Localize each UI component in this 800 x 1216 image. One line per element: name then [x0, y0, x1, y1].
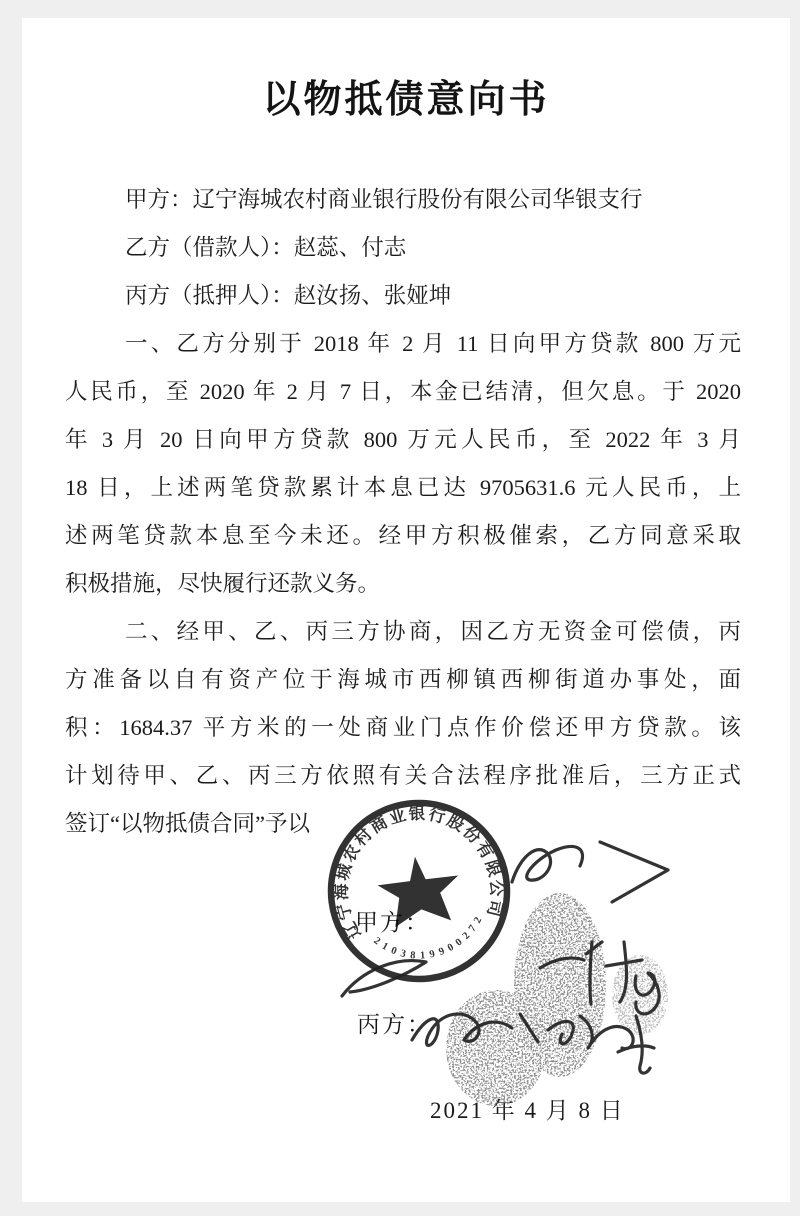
- party-b-line: 乙方（借款人）：赵蕊、付志: [65, 224, 741, 272]
- scanned-document-canvas: 以物抵债意向书 甲方：辽宁海城农村商业银行股份有限公司华银支行 乙方（借款人）：…: [0, 0, 800, 1216]
- body-line: 一、乙方分别于 2018 年 2 月 11 日向甲方贷款 800 万元: [65, 320, 741, 368]
- body-line: 年 3 月 20 日向甲方贷款 800 万元人民币，至 2022 年 3 月: [65, 416, 741, 464]
- fingerprint-smudge: [612, 955, 668, 1035]
- seal-star-icon: [375, 852, 464, 929]
- party-b-signature-fuzhi: [540, 942, 659, 1014]
- party-b-signature-zhaorui: [512, 842, 668, 902]
- party-c-line: 丙方（抵押人）：赵汝扬、张娅坤: [65, 272, 741, 320]
- body-line: 积：1684.37 平方米的一处商业门点作价偿还甲方贷款。该: [65, 704, 741, 752]
- document-title: 以物抵债意向书: [22, 68, 790, 123]
- document-body: 甲方：辽宁海城农村商业银行股份有限公司华银支行 乙方（借款人）：赵蕊、付志 丙方…: [65, 176, 741, 848]
- body-line: 述两笔贷款本息至今未还。经甲方积极催索，乙方同意采取: [65, 512, 741, 560]
- body-line: 方准备以自有资产位于海城市西柳镇西柳街道办事处，面: [65, 656, 741, 704]
- official-seal-stamp: 辽宁海城农村商业银行股份有限公司华银支行 210381990027239: [296, 768, 541, 1013]
- document-page: 以物抵债意向书 甲方：辽宁海城农村商业银行股份有限公司华银支行 乙方（借款人）：…: [22, 18, 790, 1202]
- body-line: 18 日，上述两笔贷款累计本息已达 9705631.6 元人民币，上: [65, 464, 741, 512]
- body-line: 二、经甲、乙、丙三方协商，因乙方无资金可偿债，丙: [65, 608, 741, 656]
- body-line: 积极措施，尽快履行还款义务。: [65, 560, 741, 608]
- seal-serial-number: 210381990027239: [296, 768, 489, 975]
- party-c-signature-label: 丙方：: [357, 1006, 432, 1039]
- party-c-signature-zhangyakun: [548, 1016, 654, 1073]
- body-line: 人民币，至 2020 年 2 月 7 日，本金已结清，但欠息。于 2020: [65, 368, 741, 416]
- party-a-line: 甲方：辽宁海城农村商业银行股份有限公司华银支行: [65, 176, 741, 224]
- document-date: 2021 年 4 月 8 日: [430, 1092, 625, 1125]
- fingerprint-smudge: [446, 990, 546, 1106]
